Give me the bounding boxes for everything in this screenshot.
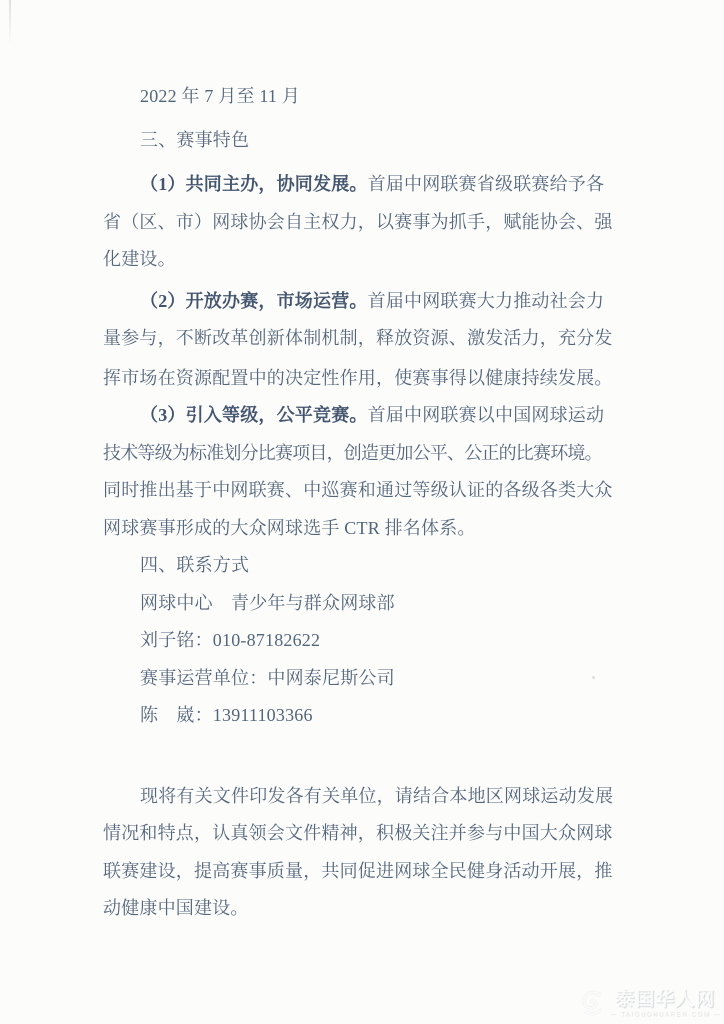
text-run: 情况和特点，认真领会文件精神，积极关注并参与中国大众网球 (103, 823, 613, 843)
text-run: 首届中网联赛大力推动社会力 (368, 291, 605, 311)
text-run: 联赛建设，提高赛事质量，共同促进网球全民健身活动开展，推 (103, 861, 613, 881)
text-line: 情况和特点，认真领会文件精神，积极关注并参与中国大众网球 (103, 815, 615, 853)
text-run: 同时推出基于中网联赛、中巡赛和通过等级认证的各级各类大众 (103, 480, 613, 500)
text-run: 挥市场在资源配置中的决定性作用，使赛事得以健康持续发展。 (103, 368, 613, 388)
text-run: 三、赛事特色 (140, 130, 249, 150)
text-run: 动健康中国建设。 (103, 898, 249, 918)
text-run: 现将有关文件印发各有关单位，请结合本地区网球运动发展 (140, 786, 613, 806)
text-run: 陈 崴：13911103366 (140, 705, 313, 725)
text-line: 联赛建设，提高赛事质量，共同促进网球全民健身活动开展，推 (103, 853, 615, 891)
text-line: 网球中心 青少年与群众网球部 (103, 585, 615, 623)
watermark-text: 泰国华人网 — TAIGUOHUAREN·COM — (610, 990, 721, 1019)
text-run: 网球赛事形成的大众网球选手 CTR 排名体系。 (103, 518, 476, 538)
text-line: 三、赛事特色 (103, 122, 615, 160)
watermark-subtitle: — TAIGUOHUAREN·COM — (610, 1011, 721, 1019)
text-line: （3）引入等级，公平竞赛。首届中网联赛以中国网球运动 (103, 397, 615, 435)
watermark-title: 泰国华人网 (615, 990, 715, 1010)
text-run: 首届中网联赛以中国网球运动 (368, 405, 605, 425)
text-line: 陈 崴：13911103366 (103, 697, 615, 735)
scan-edge-artifact (9, 0, 11, 46)
text-line: 省（区、市）网球协会自主权力，以赛事为抓手，赋能协会、强 (103, 204, 615, 242)
text-run: 赛事运营单位：中网泰尼斯公司 (140, 668, 395, 688)
text-line: （2）开放办赛，市场运营。首届中网联赛大力推动社会力 (103, 283, 615, 321)
text-line: 现将有关文件印发各有关单位，请结合本地区网球运动发展 (103, 778, 615, 816)
text-line: （1）共同主办，协同发展。首届中网联赛省级联赛给予各 (103, 166, 615, 204)
text-line: 赛事运营单位：中网泰尼斯公司 (103, 660, 615, 698)
text-line: 挥市场在资源配置中的决定性作用，使赛事得以健康持续发展。 (103, 360, 615, 398)
bird-swirl-logo-icon (579, 988, 605, 1021)
text-run: 四、联系方式 (140, 555, 249, 575)
text-run: 刘子铭：010-87182622 (140, 630, 320, 650)
text-run: 化建设。 (103, 249, 176, 269)
text-run: 量参与，不断改革创新体制机制，释放资源、激发活力，充分发 (103, 328, 613, 348)
emphasis-run: （1）共同主办，协同发展。 (140, 174, 368, 194)
emphasis-run: （3）引入等级，公平竞赛。 (140, 405, 368, 425)
text-line: 四、联系方式 (103, 547, 615, 585)
text-line: 2022 年 7 月至 11 月 (103, 78, 615, 116)
text-run: 省（区、市）网球协会自主权力，以赛事为抓手，赋能协会、强 (103, 212, 613, 232)
text-run: 2022 年 7 月至 11 月 (140, 86, 300, 106)
text-line: 化建设。 (103, 241, 615, 279)
document-body: 2022 年 7 月至 11 月三、赛事特色（1）共同主办，协同发展。首届中网联… (103, 78, 615, 928)
text-run: 网球中心 青少年与群众网球部 (140, 593, 395, 613)
text-line: 量参与，不断改革创新体制机制，释放资源、激发活力，充分发 (103, 320, 615, 358)
text-line: 同时推出基于中网联赛、中巡赛和通过等级认证的各级各类大众 (103, 472, 615, 510)
text-line: 技术等级为标准划分比赛项目，创造更加公平、公正的比赛环境。 (103, 435, 615, 473)
text-run: 技术等级为标准划分比赛项目，创造更加公平、公正的比赛环境。 (103, 443, 602, 463)
text-line: 刘子铭：010-87182622 (103, 622, 615, 660)
site-watermark: 泰国华人网 — TAIGUOHUAREN·COM — (579, 988, 721, 1021)
emphasis-run: （2）开放办赛，市场运营。 (140, 291, 368, 311)
text-run: 首届中网联赛省级联赛给予各 (368, 174, 605, 194)
document-page: 2022 年 7 月至 11 月三、赛事特色（1）共同主办，协同发展。首届中网联… (0, 0, 724, 1024)
text-line: 动健康中国建设。 (103, 890, 615, 928)
text-line: 网球赛事形成的大众网球选手 CTR 排名体系。 (103, 510, 615, 548)
scan-speck (592, 676, 595, 679)
